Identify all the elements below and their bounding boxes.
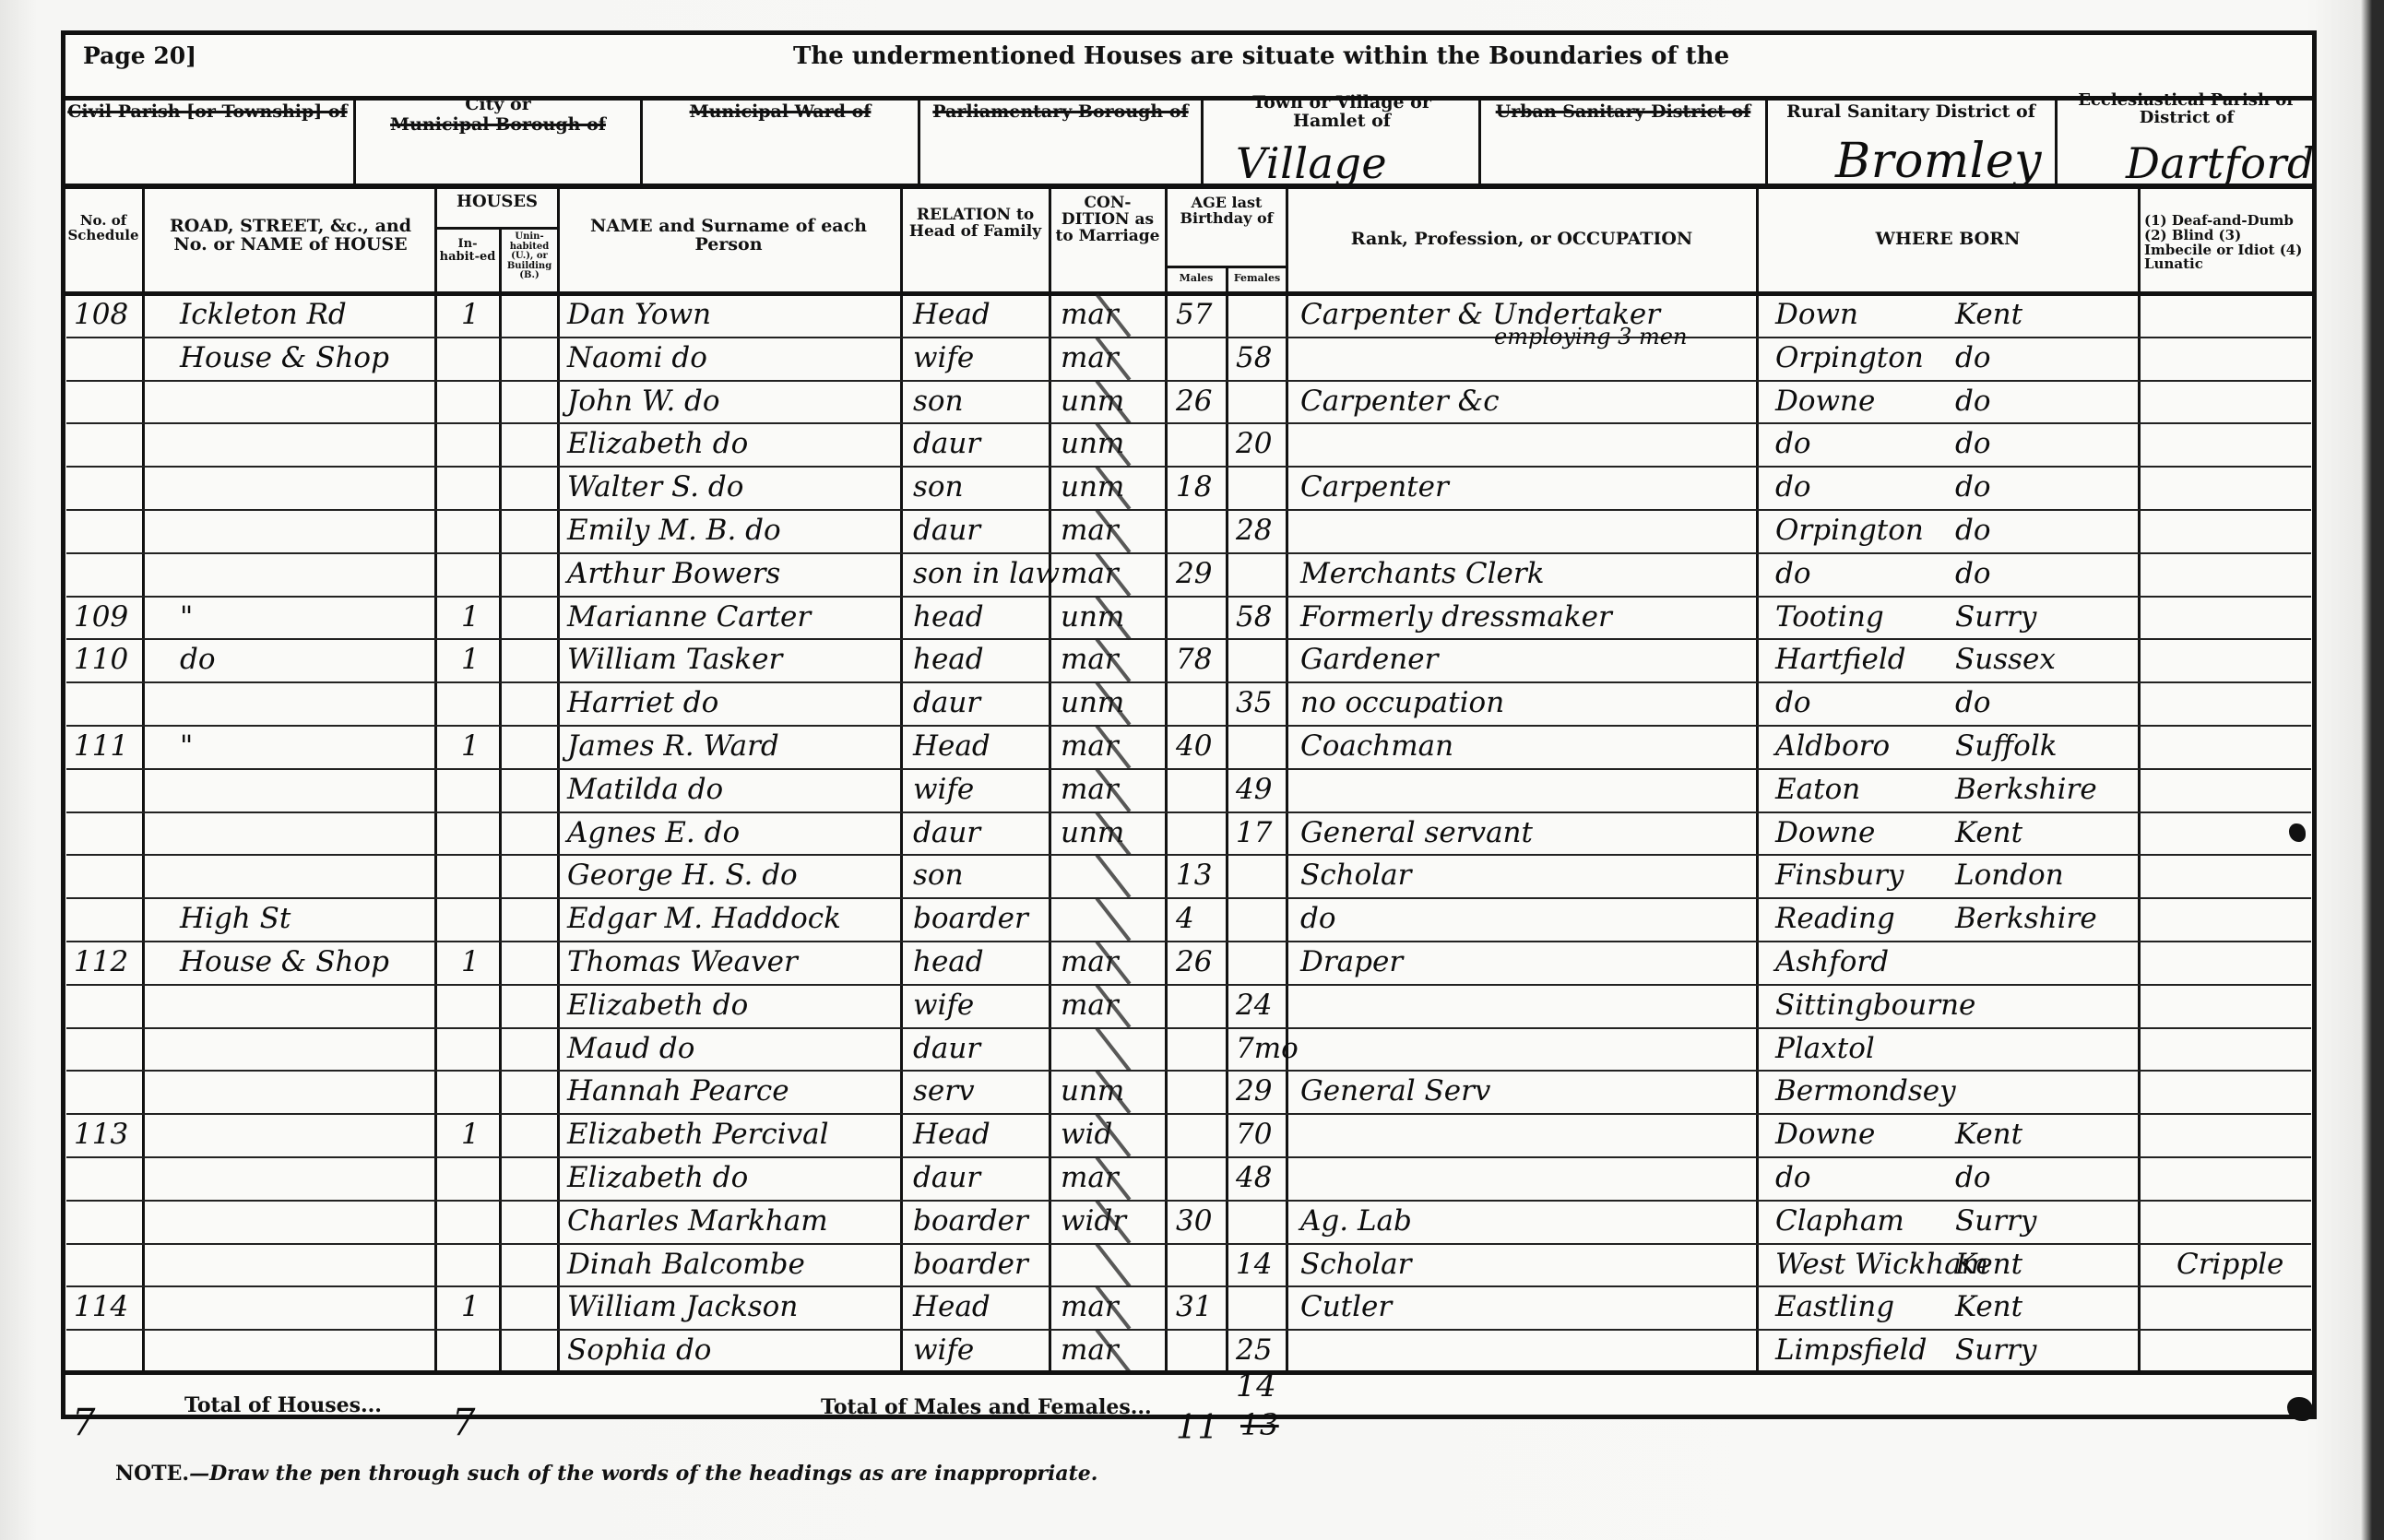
district-municipal-ward-label: Municipal Ward of xyxy=(645,92,916,122)
row-rule xyxy=(66,1070,2311,1072)
birthplace-county: Kent xyxy=(1955,1118,2022,1151)
total-persons-label: Total of Males and Females... xyxy=(821,1397,1152,1418)
district-ecclesiastical-label: Ecclesiastical Parish or District of xyxy=(2059,81,2314,127)
infirmity: Cripple xyxy=(2176,1248,2283,1281)
relation-to-head: daur xyxy=(913,1161,980,1194)
relation-to-head: wife xyxy=(913,773,974,806)
relation-to-head: head xyxy=(913,945,984,978)
row-rule xyxy=(66,596,2311,598)
district-town-village-label: Town or Village or Hamlet of xyxy=(1227,83,1457,131)
relation-to-head: wife xyxy=(913,341,974,374)
person-name: Emily M. B. do xyxy=(567,514,781,547)
person-name: Naomi do xyxy=(567,341,707,374)
col-header-occupation: Rank, Profession, or OCCUPATION xyxy=(1291,231,1752,249)
col-header-houses: HOUSES xyxy=(437,194,557,211)
birthplace-town: Orpington xyxy=(1775,514,1924,547)
male-age: 18 xyxy=(1176,470,1212,503)
birthplace-county: Berkshire xyxy=(1955,773,2097,806)
birthplace-county: Kent xyxy=(1955,1248,2022,1281)
district-municipal-borough-label: Municipal Borough of xyxy=(358,116,638,135)
table-row: 108Ickleton Rd1Dan YownHeadmar57Carpente… xyxy=(0,296,2384,339)
occupation: Scholar xyxy=(1300,859,1411,892)
female-age: 24 xyxy=(1236,989,1272,1022)
relation-to-head: Head xyxy=(913,1118,990,1151)
birthplace-town: Downe xyxy=(1775,385,1875,418)
table-row: Agnes E. dodaurunm17General servantDowne… xyxy=(0,814,2384,858)
schedule-number: 114 xyxy=(74,1290,128,1323)
occupation: Merchants Clerk xyxy=(1300,557,1544,590)
person-name: Elizabeth do xyxy=(567,427,748,460)
birthplace-town: Sittingbourne xyxy=(1775,989,1975,1022)
birthplace-town: do xyxy=(1775,557,1811,590)
table-row: Elizabeth dowifemar24Sittingbourne xyxy=(0,987,2384,1030)
male-age: 29 xyxy=(1176,557,1212,590)
row-rule xyxy=(66,466,2311,468)
occupation: Carpenter xyxy=(1300,470,1449,503)
district-urban-sanitary-label: Urban Sanitary District of xyxy=(1483,92,1763,122)
person-name: William Tasker xyxy=(567,643,782,676)
relation-to-head: wife xyxy=(913,1333,974,1367)
birthplace-county: do xyxy=(1955,427,1991,460)
birthplace-town: Plaxtol xyxy=(1775,1032,1875,1065)
road-address: do xyxy=(180,643,216,676)
ink-blot xyxy=(2289,823,2306,842)
birthplace-town: Bermondsey xyxy=(1775,1074,1956,1108)
schedule-number: 112 xyxy=(74,945,128,978)
check-mark-icon xyxy=(1096,1027,1132,1072)
col-header-males: Males xyxy=(1168,273,1225,284)
person-name: Edgar M. Haddock xyxy=(567,902,841,935)
birthplace-town: do xyxy=(1775,427,1811,460)
district-town-village-value: Village xyxy=(1236,138,1387,188)
col-header-relation: RELATION to Head of Family xyxy=(904,207,1047,241)
inhabited-count: 1 xyxy=(461,643,480,676)
occupation: Draper xyxy=(1300,945,1403,978)
relation-to-head: Head xyxy=(913,298,990,331)
table-row: 111"1James R. WardHeadmar40CoachmanAldbo… xyxy=(0,728,2384,771)
col-header-inhabited: In-habit-ed xyxy=(439,238,496,263)
birthplace-town: Clapham xyxy=(1775,1204,1904,1238)
col-header-infirmity: (1) Deaf-and-Dumb (2) Blind (3) Imbecile… xyxy=(2144,214,2310,272)
road-address: " xyxy=(180,600,193,634)
check-mark-icon xyxy=(1096,854,1132,898)
district-divider xyxy=(918,97,920,186)
birthplace-county: do xyxy=(1955,514,1991,547)
table-row: 110do1William Taskerheadmar78GardenerHar… xyxy=(0,641,2384,684)
occupation: Coachman xyxy=(1300,729,1453,763)
female-age: 35 xyxy=(1236,686,1272,719)
female-age: 70 xyxy=(1236,1118,1272,1151)
total-houses-value: 7 xyxy=(452,1402,476,1444)
birthplace-town: Finsbury xyxy=(1775,859,1904,892)
table-row: Elizabeth dodaurunm20dodo xyxy=(0,425,2384,468)
row-rule xyxy=(66,681,2311,683)
person-name: Elizabeth do xyxy=(567,1161,748,1194)
relation-to-head: daur xyxy=(913,686,980,719)
occupation: Scholar xyxy=(1300,1248,1411,1281)
male-age: 26 xyxy=(1176,385,1212,418)
road-address: Ickleton Rd xyxy=(180,298,347,331)
table-row: Sophia dowifemar25LimpsfieldSurry xyxy=(0,1332,2384,1375)
occupation: Formerly dressmaker xyxy=(1300,600,1612,634)
male-age: 30 xyxy=(1176,1204,1212,1238)
marital-condition: widr xyxy=(1061,1204,1126,1238)
houses-subheader-line xyxy=(437,227,557,230)
birthplace-county: Surry xyxy=(1955,1204,2036,1238)
col-header-females: Females xyxy=(1228,273,1286,284)
female-age: 20 xyxy=(1236,427,1272,460)
person-name: Sophia do xyxy=(567,1333,711,1367)
birthplace-town: Down xyxy=(1775,298,1858,331)
person-name: Thomas Weaver xyxy=(567,945,798,978)
row-rule xyxy=(66,725,2311,727)
total-females-struck: 13 xyxy=(1240,1407,1279,1442)
district-parliamentary-borough-label: Parliamentary Borough of xyxy=(922,92,1199,122)
relation-to-head: son xyxy=(913,859,964,892)
person-name: Matilda do xyxy=(567,773,723,806)
row-rule xyxy=(66,1243,2311,1245)
col-header-uninhabited: Unin-habited (U.), or Building (B.) xyxy=(503,232,556,281)
birthplace-town: Downe xyxy=(1775,816,1875,849)
person-name: Dinah Balcombe xyxy=(567,1248,805,1281)
road-address: " xyxy=(180,729,193,763)
table-row: 109"1Marianne Carterheadunm58Formerly dr… xyxy=(0,598,2384,642)
occupation: General Serv xyxy=(1300,1074,1490,1108)
birthplace-county: do xyxy=(1955,385,1991,418)
row-rule xyxy=(66,854,2311,856)
relation-to-head: head xyxy=(913,600,984,634)
table-row: Dinah Balcombeboarder14ScholarWest Wickh… xyxy=(0,1246,2384,1289)
road-address: High St xyxy=(180,902,291,935)
relation-to-head: serv xyxy=(913,1074,975,1108)
inhabited-count: 1 xyxy=(461,298,480,331)
birthplace-county: do xyxy=(1955,686,1991,719)
birthplace-town: do xyxy=(1775,470,1811,503)
birthplace-county: Kent xyxy=(1955,1290,2022,1323)
inhabited-count: 1 xyxy=(461,945,480,978)
birthplace-county: do xyxy=(1955,341,1991,374)
row-rule xyxy=(66,638,2311,640)
person-name: Elizabeth Percival xyxy=(567,1118,829,1151)
schedule-number: 109 xyxy=(74,600,128,634)
relation-to-head: son in law xyxy=(913,557,1060,590)
relation-to-head: son xyxy=(913,470,964,503)
female-age: 7mo xyxy=(1236,1032,1299,1065)
relation-to-head: daur xyxy=(913,816,980,849)
ink-blot xyxy=(2287,1397,2313,1421)
row-rule xyxy=(66,380,2311,382)
page-title: The undermentioned Houses are situate wi… xyxy=(793,44,1729,69)
table-row: 112House & Shop1Thomas Weaverheadmar26Dr… xyxy=(0,943,2384,987)
birthplace-town: Limpsfield xyxy=(1775,1333,1927,1367)
relation-to-head: boarder xyxy=(913,902,1028,935)
check-mark-icon xyxy=(1096,1243,1132,1287)
footer-note-text: —Draw the pen through such of the words … xyxy=(189,1462,1097,1486)
col-header-condition: CON-DITION as to Marriage xyxy=(1051,195,1164,245)
person-name: Agnes E. do xyxy=(567,816,740,849)
row-rule xyxy=(66,897,2311,899)
relation-to-head: head xyxy=(913,643,984,676)
table-row: 1131Elizabeth PercivalHeadwid70DowneKent xyxy=(0,1116,2384,1159)
birthplace-town: do xyxy=(1775,1161,1811,1194)
occupation: Gardener xyxy=(1300,643,1438,676)
birthplace-county: Surry xyxy=(1955,1333,2036,1367)
table-row: Charles Markhamboarderwidr30Ag. LabClaph… xyxy=(0,1202,2384,1246)
relation-to-head: boarder xyxy=(913,1204,1028,1238)
table-row: Elizabeth dodaurmar48dodo xyxy=(0,1159,2384,1202)
table-row: House & ShopNaomi dowifemar58Orpingtondo xyxy=(0,339,2384,383)
male-age: 4 xyxy=(1176,902,1194,935)
female-age: 58 xyxy=(1236,341,1272,374)
district-divider xyxy=(1765,97,1768,186)
schedule-number: 113 xyxy=(74,1118,128,1151)
female-age: 14 xyxy=(1236,1248,1272,1281)
total-females-value: 14 xyxy=(1236,1368,1276,1404)
occupation: do xyxy=(1300,902,1336,935)
col-header-road: ROAD, STREET, &c., and No. or NAME of HO… xyxy=(152,218,429,255)
age-subheader-line xyxy=(1168,266,1286,268)
table-row: Matilda dowifemar49EatonBerkshire xyxy=(0,771,2384,814)
row-rule xyxy=(66,337,2311,338)
totals-divider-top xyxy=(61,1370,2317,1375)
total-houses-label: Total of Houses... xyxy=(184,1395,382,1416)
row-rule xyxy=(66,1200,2311,1202)
birthplace-county: Sussex xyxy=(1955,643,2056,676)
row-rule xyxy=(66,1285,2311,1287)
row-rule xyxy=(66,811,2311,813)
birthplace-town: Aldboro xyxy=(1775,729,1890,763)
person-name: Dan Yown xyxy=(567,298,711,331)
male-age: 40 xyxy=(1176,729,1212,763)
col-header-where-born: WHERE BORN xyxy=(1760,231,2136,249)
footer-note-prefix: NOTE. xyxy=(115,1462,189,1486)
row-rule xyxy=(66,984,2311,986)
table-row: 1141William JacksonHeadmar31CutlerEastli… xyxy=(0,1288,2384,1332)
district-divider xyxy=(1201,97,1204,186)
table-row: John W. dosonunm26Carpenter &cDownedo xyxy=(0,383,2384,426)
birthplace-county: Berkshire xyxy=(1955,902,2097,935)
birthplace-county: Suffolk xyxy=(1955,729,2058,763)
birthplace-town: Orpington xyxy=(1775,341,1924,374)
female-age: 48 xyxy=(1236,1161,1272,1194)
birthplace-town: Eaton xyxy=(1775,773,1860,806)
male-age: 31 xyxy=(1176,1290,1212,1323)
person-name: Elizabeth do xyxy=(567,989,748,1022)
district-civil-parish-label: Civil Parish [or Township] of xyxy=(66,92,349,122)
male-age: 13 xyxy=(1176,859,1212,892)
district-rural-sanitary-value: Bromley xyxy=(1835,134,2042,189)
schedule-number: 108 xyxy=(74,298,128,331)
female-age: 25 xyxy=(1236,1333,1272,1367)
female-age: 58 xyxy=(1236,600,1272,634)
relation-to-head: Head xyxy=(913,1290,990,1323)
table-row: Maud dodaur7moPlaxtol xyxy=(0,1030,2384,1073)
district-divider xyxy=(2055,97,2058,186)
page-number: Page 20] xyxy=(83,44,196,68)
relation-to-head: daur xyxy=(913,514,980,547)
table-row: George H. S. doson13ScholarFinsburyLondo… xyxy=(0,857,2384,900)
table-row: Harriet dodaurunm35no occupationdodo xyxy=(0,684,2384,728)
relation-to-head: boarder xyxy=(913,1248,1028,1281)
occupation: no occupation xyxy=(1300,686,1504,719)
row-rule xyxy=(66,1156,2311,1158)
male-age: 26 xyxy=(1176,945,1212,978)
birthplace-town: Downe xyxy=(1775,1118,1875,1151)
person-name: Charles Markham xyxy=(567,1204,828,1238)
footer-note: NOTE.—Draw the pen through such of the w… xyxy=(115,1462,1097,1486)
schedule-number: 111 xyxy=(74,729,128,763)
person-name: Arthur Bowers xyxy=(567,557,780,590)
inhabited-count: 1 xyxy=(461,729,480,763)
person-name: Harriet do xyxy=(567,686,718,719)
person-name: Maud do xyxy=(567,1032,694,1065)
birthplace-county: do xyxy=(1955,557,1991,590)
road-address: House & Shop xyxy=(180,945,389,978)
male-age: 57 xyxy=(1176,298,1212,331)
female-age: 49 xyxy=(1236,773,1272,806)
birthplace-town: Reading xyxy=(1775,902,1895,935)
road-address: House & Shop xyxy=(180,341,389,374)
schedule-margin-total: 7 xyxy=(72,1402,96,1444)
person-name: Marianne Carter xyxy=(567,600,811,634)
district-divider xyxy=(1478,97,1481,186)
col-header-schedule: No. of Schedule xyxy=(65,214,142,243)
check-mark-icon xyxy=(1096,897,1132,942)
birthplace-town: Tooting xyxy=(1775,600,1884,634)
person-name: Walter S. do xyxy=(567,470,743,503)
col-header-age: AGE last Birthday of xyxy=(1168,195,1286,227)
birthplace-county: Kent xyxy=(1955,298,2022,331)
schedule-number: 110 xyxy=(74,643,128,676)
female-age: 17 xyxy=(1236,816,1272,849)
relation-to-head: daur xyxy=(913,1032,980,1065)
inhabited-count: 1 xyxy=(461,1118,480,1151)
occupation: General servant xyxy=(1300,816,1533,849)
table-row: Hannah Pearceservunm29General ServBermon… xyxy=(0,1072,2384,1116)
occupation: Carpenter &c xyxy=(1300,385,1500,418)
district-row-divider xyxy=(61,184,2317,189)
table-row: Arthur Bowersson in lawmar29Merchants Cl… xyxy=(0,555,2384,598)
birthplace-town: Eastling xyxy=(1775,1290,1894,1323)
person-name: James R. Ward xyxy=(567,729,779,763)
female-age: 29 xyxy=(1236,1074,1272,1108)
row-rule xyxy=(66,552,2311,554)
person-name: George H. S. do xyxy=(567,859,798,892)
row-rule xyxy=(66,509,2311,511)
occupation: Cutler xyxy=(1300,1290,1392,1323)
total-males-value: 11 xyxy=(1176,1409,1219,1447)
person-name: William Jackson xyxy=(567,1290,798,1323)
relation-to-head: son xyxy=(913,385,964,418)
female-age: 28 xyxy=(1236,514,1272,547)
row-rule xyxy=(66,768,2311,770)
inhabited-count: 1 xyxy=(461,1290,480,1323)
table-row: Emily M. B. dodaurmar28Orpingtondo xyxy=(0,512,2384,555)
birthplace-town: do xyxy=(1775,686,1811,719)
inhabited-count: 1 xyxy=(461,600,480,634)
district-divider xyxy=(353,97,356,186)
district-city-label: City or xyxy=(358,85,638,114)
person-name: Hannah Pearce xyxy=(567,1074,789,1108)
male-age: 78 xyxy=(1176,643,1212,676)
occupation: Ag. Lab xyxy=(1300,1204,1412,1238)
row-rule xyxy=(66,1329,2311,1331)
birthplace-county: do xyxy=(1955,1161,1991,1194)
relation-to-head: wife xyxy=(913,989,974,1022)
row-rule xyxy=(66,1113,2311,1115)
person-name: John W. do xyxy=(567,385,720,418)
row-rule xyxy=(66,422,2311,424)
table-row: Walter S. dosonunm18Carpenterdodo xyxy=(0,468,2384,512)
row-rule xyxy=(66,941,2311,942)
birthplace-county: do xyxy=(1955,470,1991,503)
birthplace-town: Hartfield xyxy=(1775,643,1906,676)
district-rural-sanitary-label: Rural Sanitary District of xyxy=(1770,92,2052,122)
birthplace-county: London xyxy=(1955,859,2064,892)
district-ecclesiastical-value: Dartford xyxy=(2126,138,2315,188)
birthplace-town: Ashford xyxy=(1775,945,1889,978)
relation-to-head: Head xyxy=(913,729,990,763)
table-row: High StEdgar M. Haddockboarder4doReading… xyxy=(0,900,2384,943)
relation-to-head: daur xyxy=(913,427,980,460)
birthplace-county: Surry xyxy=(1955,600,2036,634)
district-divider xyxy=(640,97,643,186)
col-header-name: NAME and Surname of each Person xyxy=(572,218,885,255)
row-rule xyxy=(66,1027,2311,1029)
birthplace-county: Kent xyxy=(1955,816,2022,849)
